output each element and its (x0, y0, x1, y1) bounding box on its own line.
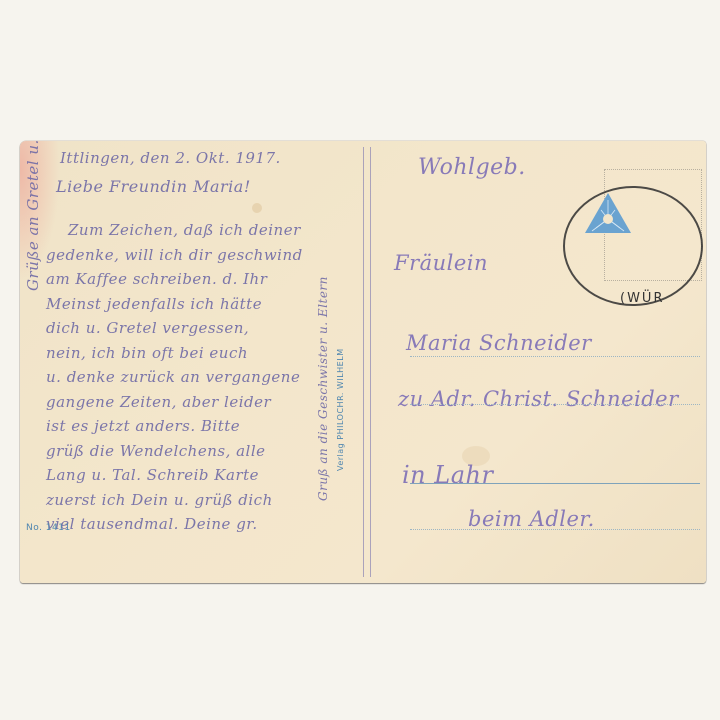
address-rule (410, 404, 700, 405)
dateline: Ittlingen, den 2. Okt. 1917. (60, 149, 281, 167)
address-line-2: Maria Schneider (406, 331, 592, 355)
margin-note-left: Grüße an Gretel u. alle (24, 141, 42, 291)
message-line: gangene Zeiten, aber leider (46, 393, 271, 411)
printed-number: No. 1411 (26, 523, 71, 533)
address-rule (410, 529, 700, 530)
card-divider (363, 147, 371, 577)
message-line: dich u. Gretel vergessen, (46, 319, 249, 337)
postcard: Grüße an Gretel u. alle Ittlingen, den 2… (20, 141, 706, 583)
address-line-3: zu Adr. Christ. Schneider (398, 387, 679, 411)
message-line: grüß die Wendelchens, alle (46, 442, 266, 460)
stain (252, 203, 262, 213)
address-line-4: in Lahr (402, 461, 493, 489)
message-line: Meinst jedenfalls ich hätte (46, 295, 262, 313)
triangle-stamp-icon (584, 192, 632, 234)
message-line: zuerst ich Dein u. grüß dich (46, 491, 273, 509)
postmark-text: (WÜR (620, 291, 664, 306)
message-line: viel tausendmal. Deine gr. (46, 515, 258, 533)
address-title: Wohlgeb. (418, 155, 526, 180)
message-line: ist es jetzt anders. Bitte (46, 417, 240, 435)
message-line: Zum Zeichen, daß ich deiner (68, 221, 301, 239)
address-line-5: beim Adler. (468, 507, 595, 531)
salutation: Liebe Freundin Maria! (56, 177, 251, 196)
message-line: Lang u. Tal. Schreib Karte (46, 466, 259, 484)
message-line: am Kaffee schreiben. d. Ihr (46, 270, 267, 288)
publisher-imprint: Verlag PHILOCHR. WILHELM (336, 348, 345, 471)
message-line: u. denke zurück an vergangene (46, 368, 300, 386)
address-line-1: Fräulein (394, 251, 488, 275)
message-line: nein, ich bin oft bei euch (46, 344, 248, 362)
address-rule (410, 356, 700, 357)
address-rule-solid (410, 483, 700, 484)
margin-note-right: Gruß an die Geschwister u. Eltern (316, 276, 330, 501)
message-line: gedenke, will ich dir geschwind (46, 246, 303, 264)
